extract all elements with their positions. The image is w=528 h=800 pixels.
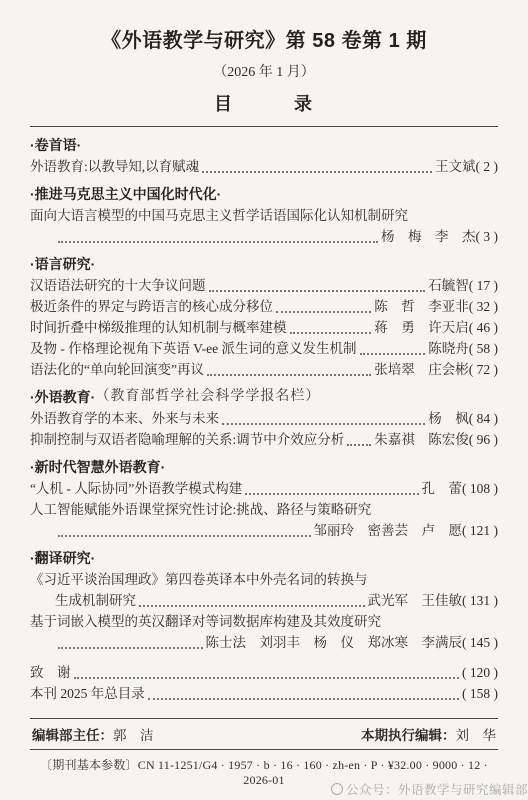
entry-title: 《习近平谈治国理政》第四卷英译本中外壳名词的转换与 (30, 570, 368, 590)
toc-entry: 语法化的“单向轮回演变”再议张培翠 庄会彬( 72 ) (30, 360, 498, 380)
toc-entry: 时间折叠中梯级推理的认知机制与概率建模蒋 勇 许天启( 46 ) (30, 318, 498, 338)
entry-page-number: ( 96 ) (469, 430, 498, 450)
toc-section-header: ·外语教育·（教育部哲学社会科学学报名栏） (30, 387, 498, 407)
entry-title: 基于词嵌入模型的英汉翻译对等词数据库构建及其效度研究 (30, 612, 381, 632)
toc-entry: “人机 - 人际协同”外语教学模式构建孔 蕾( 108 ) (30, 479, 498, 499)
entry-title: 及物 - 作格理论视角下英语 V-ee 派生词的意义发生机制 (30, 339, 357, 359)
issue-date: （2026 年 1 月） (30, 61, 498, 81)
toc-entry: 外语教育:以教导知,以育赋魂王文斌( 2 ) (30, 157, 498, 177)
entry-authors: 陈士法 刘羽丰 杨 仪 郑冰寒 李满辰 (206, 633, 463, 653)
entry-authors: 张培翠 庄会彬 (374, 360, 469, 380)
dot-leader (290, 332, 372, 334)
toc-list: ·卷首语·外语教育:以教导知,以育赋魂王文斌( 2 )·推进马克思主义中国化时代… (30, 135, 498, 704)
toc-entry: 汉语语法研究的十大争议问题石毓智( 17 ) (30, 276, 498, 296)
entry-page-number: ( 84 ) (469, 409, 498, 429)
entry-page-number: ( 17 ) (469, 276, 498, 296)
toc-entry: 杨 梅 李 杰( 3 ) (30, 227, 498, 247)
entry-page-number: ( 158 ) (462, 684, 498, 704)
journal-title: 《外语教学与研究》第 58 卷第 1 期 (30, 24, 498, 53)
entry-page-number: ( 46 ) (469, 318, 498, 338)
toc-title: 目 录 (30, 90, 498, 116)
toc-entry: 外语教育学的本来、外来与未来杨 枫( 84 ) (30, 409, 498, 429)
entry-authors: 王文斌 (435, 157, 476, 177)
toc-section-header: ·翻译研究· (30, 548, 498, 568)
dot-leader (139, 605, 365, 607)
wechat-logo-icon (331, 783, 343, 795)
toc-entry: 基于词嵌入模型的英汉翻译对等词数据库构建及其效度研究 (30, 612, 498, 632)
entry-page-number: ( 3 ) (476, 227, 499, 247)
entry-page-number: ( 131 ) (462, 591, 498, 611)
dot-leader (209, 290, 426, 292)
dot-leader (58, 241, 378, 243)
entry-page-number: ( 120 ) (462, 663, 498, 683)
entry-authors: 孔 蕾 (422, 479, 463, 499)
entry-page-number: ( 2 ) (476, 157, 499, 177)
top-divider (30, 126, 498, 127)
toc-entry: 极近条件的界定与跨语言的核心成分移位陈 哲 李亚非( 32 ) (30, 297, 498, 317)
toc-entry: 及物 - 作格理论视角下英语 V-ee 派生词的意义发生机制陈晓舟( 58 ) (30, 339, 498, 359)
toc-section-header: ·卷首语· (30, 135, 498, 155)
watermark-text: 公众号：外语教学与研究编辑部 (346, 780, 528, 798)
editor-name: 刘 华 (456, 728, 497, 743)
entry-title: 人工智能赋能外语课堂探究性讨论:挑战、路径与策略研究 (30, 500, 371, 520)
entry-title: 汉语语法研究的十大争议问题 (30, 276, 206, 296)
entry-title: 外语教育:以教导知,以育赋魂 (30, 157, 199, 177)
toc-entry: 面向大语言模型的中国马克思主义哲学话语国际化认知机制研究 (30, 206, 498, 226)
editorial-director: 编辑部主任：郭 洁 (32, 724, 154, 744)
dot-leader (360, 353, 426, 355)
toc-entry: 生成机制研究武光军 王佳敏( 131 ) (30, 591, 498, 611)
entry-authors: 蒋 勇 许天启 (374, 318, 469, 338)
masthead-row: 编辑部主任：郭 洁 本期执行编辑：刘 华 (30, 719, 498, 749)
entry-authors: 石毓智 (428, 276, 469, 296)
entry-authors: 武光军 王佳敏 (368, 591, 463, 611)
toc-entry: 抑制控制与双语者隐喻理解的关系:调节中介效应分析朱嘉祺 陈宏俊( 96 ) (30, 430, 498, 450)
entry-page-number: ( 58 ) (469, 339, 498, 359)
editor-label: 本期执行编辑： (361, 728, 456, 743)
toc-entry: 人工智能赋能外语课堂探究性讨论:挑战、路径与策略研究 (30, 500, 498, 520)
entry-title: 语法化的“单向轮回演变”再议 (30, 360, 204, 380)
entry-title: 面向大语言模型的中国马克思主义哲学话语国际化认知机制研究 (30, 206, 408, 226)
toc-entry: 邹丽玲 密善芸 卢 愿( 121 ) (30, 521, 498, 541)
entry-authors: 杨 梅 李 杰 (381, 227, 476, 247)
dot-leader (58, 647, 203, 649)
dot-leader (207, 374, 371, 376)
dot-leader (245, 493, 418, 495)
entry-title: 生成机制研究 (55, 591, 136, 611)
entry-title: “人机 - 人际协同”外语教学模式构建 (30, 479, 242, 499)
entry-page-number: ( 121 ) (462, 521, 498, 541)
entry-title: 本刊 2025 年总目录 (30, 684, 145, 704)
dot-leader (222, 423, 425, 425)
entry-authors: 邹丽玲 密善芸 卢 愿 (314, 521, 463, 541)
toc-section-header: ·语言研究· (30, 254, 498, 274)
toc-entry: 《习近平谈治国理政》第四卷英译本中外壳名词的转换与 (30, 570, 498, 590)
toc-entry: 致 谢( 120 ) (30, 663, 498, 683)
toc-entry: 本刊 2025 年总目录( 158 ) (30, 684, 498, 704)
toc-section-header: ·推进马克思主义中国化时代化· (30, 184, 498, 204)
entry-page-number: ( 32 ) (469, 297, 498, 317)
entry-title: 极近条件的界定与跨语言的核心成分移位 (30, 297, 273, 317)
entry-page-number: ( 72 ) (469, 360, 498, 380)
entry-title: 时间折叠中梯级推理的认知机制与概率建模 (30, 318, 287, 338)
wechat-watermark: 公众号：外语教学与研究编辑部 (331, 780, 528, 798)
dot-leader (58, 535, 311, 537)
dot-leader (276, 311, 371, 313)
entry-authors: 陈晓舟 (428, 339, 469, 359)
dot-leader (202, 171, 432, 173)
director-name: 郭 洁 (113, 728, 154, 743)
director-label: 编辑部主任： (32, 728, 113, 743)
entry-authors: 陈 哲 李亚非 (374, 297, 469, 317)
dot-leader (347, 444, 371, 446)
entry-title: 致 谢 (30, 663, 71, 683)
entry-title: 抑制控制与双语者隐喻理解的关系:调节中介效应分析 (30, 430, 344, 450)
executive-editor: 本期执行编辑：刘 华 (361, 724, 496, 744)
toc-page: 《外语教学与研究》第 58 卷第 1 期 （2026 年 1 月） 目 录 ·卷… (0, 0, 528, 800)
entry-title: 外语教育学的本来、外来与未来 (30, 409, 219, 429)
toc-section-header: ·新时代智慧外语教育· (30, 457, 498, 477)
entry-authors: 杨 枫 (428, 409, 469, 429)
page-head: 《外语教学与研究》第 58 卷第 1 期 （2026 年 1 月） 目 录 (30, 24, 498, 116)
toc-entry: 陈士法 刘羽丰 杨 仪 郑冰寒 李满辰( 145 ) (30, 633, 498, 653)
dot-leader (148, 698, 459, 700)
dot-leader (74, 677, 460, 679)
entry-authors: 朱嘉祺 陈宏俊 (374, 430, 469, 450)
entry-page-number: ( 145 ) (462, 633, 498, 653)
entry-page-number: ( 108 ) (462, 479, 498, 499)
